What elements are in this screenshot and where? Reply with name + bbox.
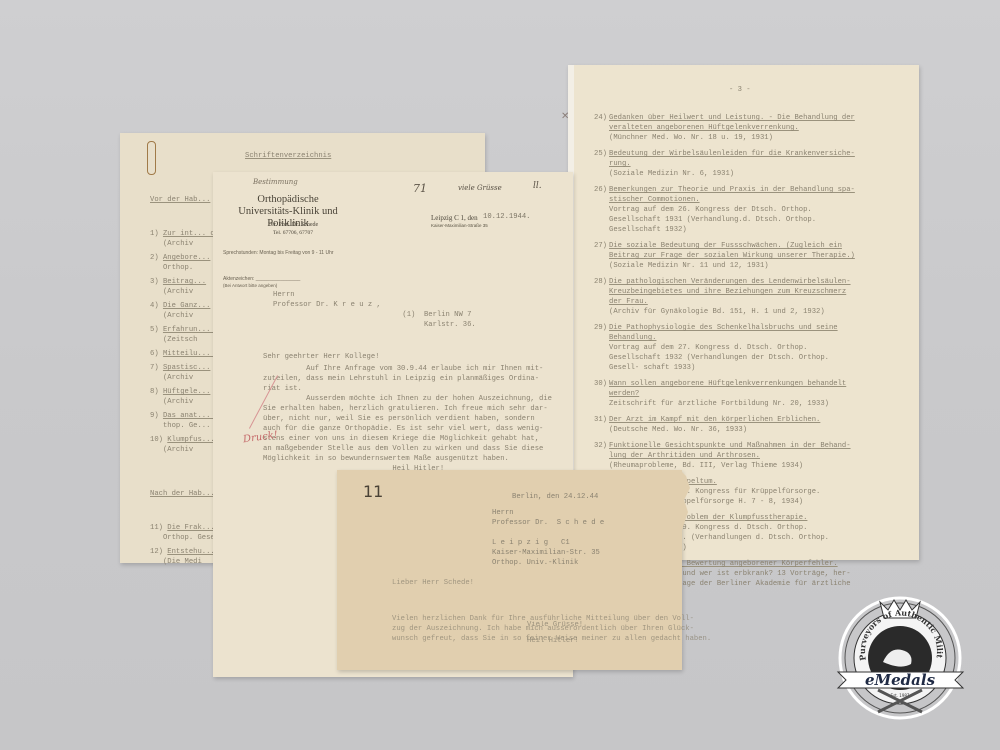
item-title: lung der Arthritiden und Arthrosen. [609,451,909,461]
item-number: 7) [150,364,163,372]
emedals-logo: Purveyors of Authentic Militaria eMedals… [828,580,973,725]
item-number: 2) [150,254,163,262]
item-number: 6) [150,350,163,358]
item-title: Kreuzbeingebietes und ihre Beziehungen z… [609,287,909,297]
list-item: ✕28)Die pathologischen Veränderungen des… [579,277,909,317]
item-title: Beitrag... [163,278,206,286]
item-source: Gesell- schaft 1933) [609,363,909,373]
item-number: 25) [579,149,607,159]
item-title: Gedanken über Heilwert und Leistung. - D… [609,113,909,123]
page-number: - 3 - [729,85,751,95]
handwritten-initials: ll. [533,181,542,191]
item-number: 32) [579,441,607,451]
letter-berlin: 11 Berlin, den 24.12.44 HerrnProfessor D… [337,470,682,670]
list-item: ✕24)Gedanken über Heilwert und Leistung.… [579,113,909,143]
item-source: Zeitschrift für ärztliche Fortbildung Nr… [609,399,909,409]
list-item: 30)Wann sollen angeborene Hüftgelenkverr… [579,379,909,409]
item-title: Angebore... [163,254,210,262]
body-line: Möglichkeit in so bewundernswertem Maße … [263,454,552,464]
item-number: 8) [150,388,163,396]
item-number: 29) [579,323,607,333]
body-line: auch für die ganze Orthopädie. Es ist se… [263,424,552,434]
item-title: Wann sollen angeborene Hüftgelenkverrenk… [609,379,909,389]
cross-mark: ✕ [561,112,569,122]
item-source: Gesellschaft 1932 (Verhandlungen der Dts… [609,353,909,363]
reference-note: (Bei Antwort bitte angeben) [223,283,277,288]
letterhead-street: Kaiser-Maximilian-Straße 35 [431,223,488,228]
item-number: 26) [579,185,607,195]
list-item: 31)Der Arzt im Kampf mit den körperliche… [579,415,909,435]
paperclip [147,141,156,175]
item-number: 11) [150,524,167,532]
item-number: 12) [150,548,167,556]
item-title: Beitrag zur Frage der sozialen Wirkung u… [609,251,909,261]
address-line: Professor Dr. K r e u z , [273,300,476,310]
address-line: Professor Dr. S c h e d e [492,518,604,528]
body-line: über, nicht nur, weil Sie es persönlich … [263,414,552,424]
address-line: Kaiser-Maximilian-Str. 35 [492,548,604,558]
reference-field: Aktenzeichen: ________________ [223,276,300,282]
item-title: Der Arzt im Kampf mit den körperlichen E… [609,415,909,425]
item-number: 28) [579,277,607,287]
item-number: 31) [579,415,607,425]
body-line: riat ist. [263,384,552,394]
item-number: 30) [579,379,607,389]
body-line: stens einer von uns in diesem Kriege die… [263,434,552,444]
item-number: 9) [150,412,163,420]
document-title: Schriftenverzeichnis [245,151,331,161]
letter-closing: Viele Grüsse!Heil Hitler! [527,620,583,652]
letter-date: 10.12.1944. [483,212,530,222]
body-line: zuteilen, dass mein Lehrstuhl in Leipzig… [263,374,552,384]
item-title: werden? [609,389,909,399]
item-title: Die soziale Bedeutung der Fussschwächen.… [609,241,909,251]
body-line: Ausserdem möchte ich Ihnen zu der hohen … [263,394,552,404]
item-title: Hüftgele... [163,388,210,396]
item-number: 10) [150,436,167,444]
address-line: Karlstr. 36. [273,320,476,330]
item-title: Spastisc... [163,364,210,372]
office-hours: Sprechstunden: Montag bis Freitag von 9 … [223,250,334,256]
handwritten-number: 11 [363,482,383,501]
list-item: ✕32)Funktionelle Gesichtspunkte und Maßn… [579,441,909,471]
item-title: Bemerkungen zur Theorie und Praxis in de… [609,185,909,195]
item-title: Die Pathophysiologie des Schenkelhalsbru… [609,323,909,333]
letter-place: Leipzig C 1, den [431,214,478,222]
item-number: 4) [150,302,163,310]
handwritten-note: viele Grüsse [458,184,502,192]
item-title: Behandlung. [609,333,909,343]
item-title: stischer Commotionen. [609,195,909,205]
item-title: Die pathologischen Veränderungen des Len… [609,277,909,287]
closing-line: Viele Grüsse! [527,620,583,630]
address-line: Herrn [492,508,604,518]
item-source: (Soziale Medizin Nr. 11 und 12, 1931) [609,261,909,271]
item-title: Entstehu... [167,548,214,556]
address-line [492,528,604,538]
letter-date: Berlin, den 24.12.44 [512,492,598,502]
body-line: Sie erhalten haben, herzlich gratulieren… [263,404,552,414]
recipient-address: HerrnProfessor Dr. K r e u z , (1) Berli… [273,290,476,330]
address-line: L e i p z i g C1 [492,538,604,548]
item-source: Gesellschaft 1931 (Verhandlung.d. Dtsch.… [609,215,909,225]
list-item: 25)Bedeutung der Wirbelsäulenleiden für … [579,149,909,179]
item-number: 3) [150,278,163,286]
item-title: veralteten angeborenen Hüftgelenkverrenk… [609,123,909,133]
address-line: (1) Berlin NW 7 [273,310,476,320]
letterhead-line: Orthopädische [223,194,353,206]
item-source: Vortrag auf dem 27. Kongress d. Dtsch. O… [609,343,909,353]
salutation: Lieber Herr Schede! [392,578,711,588]
item-source: (Münchner Med. Wo. Nr. 18 u. 19, 1931) [609,133,909,143]
item-source: (Soziale Medizin Nr. 6, 1931) [609,169,909,179]
item-title: rung. [609,159,909,169]
item-source: (Archiv für Gynäkologie Bd. 151, H. 1 un… [609,307,909,317]
item-number: 1) [150,230,163,238]
item-number: 27) [579,241,607,251]
item-source: Gesellschaft 1932) [609,225,909,235]
body-line: Auf Ihre Anfrage vom 30.9.44 erlaube ich… [263,364,552,374]
item-title: Funktionelle Gesichtspunkte und Maßnahme… [609,441,909,451]
item-title: der Frau. [609,297,909,307]
letter-body: Sehr geehrter Herr Kollege! Auf Ihre Anf… [263,352,552,474]
list-item: ✕29)Die Pathophysiologie des Schenkelhal… [579,323,909,373]
item-source: Vortrag auf dem 26. Kongress der Dtsch. … [609,205,909,215]
letterhead-director: Dir. Prof. Dr. Schede [233,222,353,228]
handwritten-note: Bestimmung [253,178,298,186]
list-item: 27)Die soziale Bedeutung der Fussschwäch… [579,241,909,271]
closing-line: Heil Hitler! [527,636,583,646]
item-title: Bedeutung der Wirbelsäulenleiden für die… [609,149,909,159]
handwritten-number: 71 [413,182,427,195]
letterhead-phone: Tel. 67706, 67707 [233,230,353,236]
item-title: Die Ganz... [163,302,210,310]
brand-name: eMedals [865,671,936,689]
item-number: 5) [150,326,163,334]
item-source: (Deutsche Med. Wo. Nr. 36, 1933) [609,425,909,435]
item-number: 24) [579,113,607,123]
list-item: 26)Bemerkungen zur Theorie und Praxis in… [579,185,909,235]
body-line: Sehr geehrter Herr Kollege! [263,352,552,362]
address-line: Herrn [273,290,476,300]
body-line: an maßgebender Stelle aus dem Vollen zu … [263,444,552,454]
